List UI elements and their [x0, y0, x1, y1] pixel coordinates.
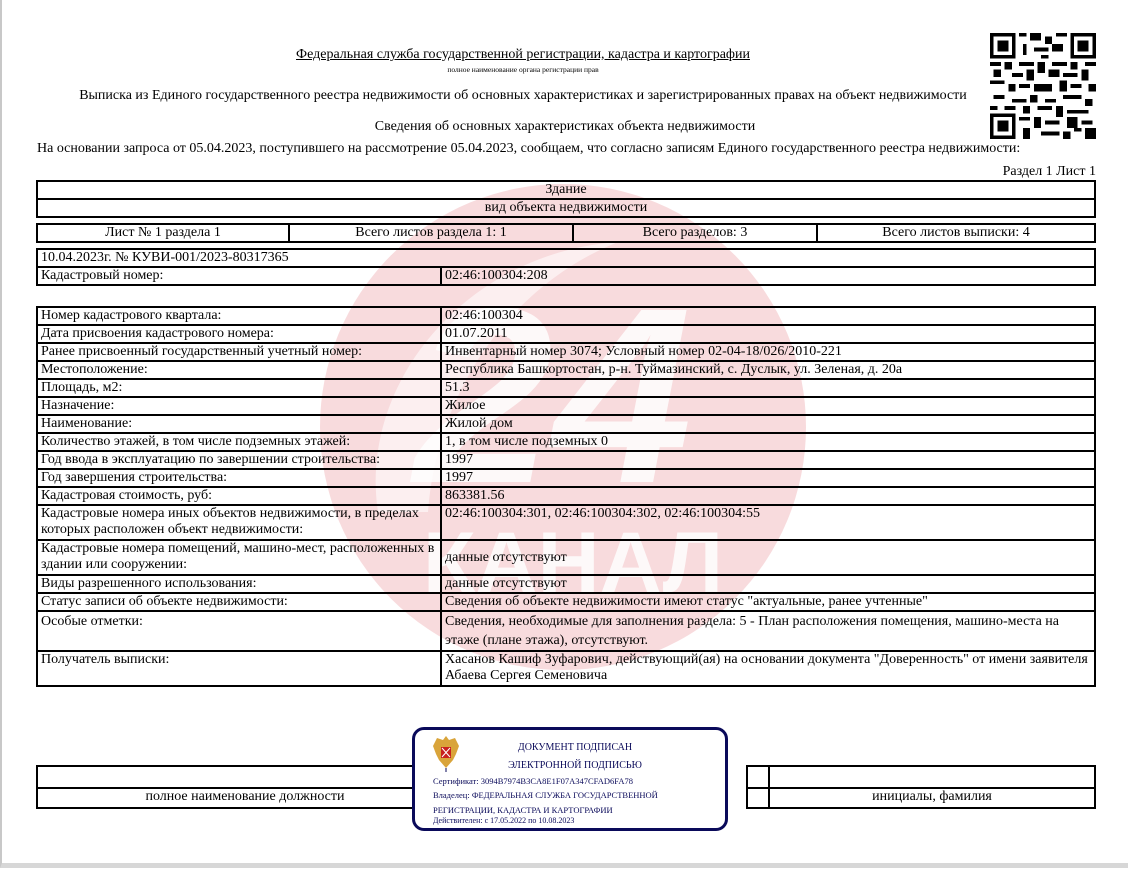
row-label: Получатель выписки:	[37, 651, 441, 686]
record-table: 10.04.2023г. № КУВИ-001/2023-80317365 Ка…	[36, 248, 1096, 286]
record-number: 10.04.2023г. № КУВИ-001/2023-80317365	[37, 249, 1095, 267]
object-type: Здание	[37, 181, 1095, 199]
table-row: Дата присвоения кадастрового номера:01.0…	[37, 325, 1095, 343]
row-label: Площадь, м2:	[37, 379, 441, 397]
row-label: Особые отметки:	[37, 611, 441, 651]
table-row: Особые отметки:Сведения, необходимые для…	[37, 611, 1095, 651]
row-label: Виды разрешенного использования:	[37, 575, 441, 593]
extract-sheets-total: Всего листов выписки: 4	[817, 224, 1095, 242]
org-caption: полное наименование органа регистрации п…	[0, 65, 1046, 74]
row-value: 1997	[441, 469, 1095, 487]
sections-total: Всего разделов: 3	[573, 224, 817, 242]
row-label: Кадастровая стоимость, руб:	[37, 487, 441, 505]
row-value: 863381.56	[441, 487, 1095, 505]
section-sheets-total: Всего листов раздела 1: 1	[289, 224, 573, 242]
row-value: 51.3	[441, 379, 1095, 397]
row-value: 1, в том числе подземных 0	[441, 433, 1095, 451]
row-label: Местоположение:	[37, 361, 441, 379]
row-label: Дата присвоения кадастрового номера:	[37, 325, 441, 343]
row-label: Кадастровые номера помещений, машино-мес…	[37, 540, 441, 575]
row-value: Инвентарный номер 3074; Условный номер 0…	[441, 343, 1095, 361]
table-row: Год завершения строительства:1997	[37, 469, 1095, 487]
row-value: 02:46:100304	[441, 307, 1095, 325]
name-field	[769, 766, 1095, 788]
table-row: Год ввода в эксплуатацию по завершении с…	[37, 451, 1095, 469]
doc-subtitle: Сведения об основных характеристиках объ…	[0, 119, 1130, 135]
row-value: Хасанов Кашиф Зуфарович, действующий(ая)…	[441, 651, 1095, 686]
row-label: Статус записи об объекте недвижимости:	[37, 593, 441, 611]
table-row: Местоположение:Республика Башкортостан, …	[37, 361, 1095, 379]
row-value: Сведения об объекте недвижимости имеют с…	[441, 593, 1095, 611]
section-label: Раздел 1 Лист 1	[1003, 164, 1096, 180]
org-name: Федеральная служба государственной регис…	[0, 47, 1046, 63]
row-label: Номер кадастрового квартала:	[37, 307, 441, 325]
row-value: 01.07.2011	[441, 325, 1095, 343]
row-value: 1997	[441, 451, 1095, 469]
row-value: данные отсутствуют	[441, 575, 1095, 593]
name-caption: инициалы, фамилия	[769, 788, 1095, 808]
row-label: Количество этажей, в том числе подземных…	[37, 433, 441, 451]
table-row: Кадастровые номера иных объектов недвижи…	[37, 505, 1095, 540]
row-value: Сведения, необходимые для заполнения раз…	[441, 611, 1095, 651]
row-value: Республика Башкортостан, р-н. Туймазинск…	[441, 361, 1095, 379]
cadastral-number-label: Кадастровый номер:	[37, 267, 441, 285]
stamp-certificate: Сертификат: 3094B7974B3CA8E1F07A347CFAD6…	[433, 776, 633, 786]
sheet-number: Лист № 1 раздела 1	[37, 224, 289, 242]
table-row: Кадастровая стоимость, руб:863381.56	[37, 487, 1095, 505]
position-caption: полное наименование должности	[37, 788, 453, 808]
row-label: Ранее присвоенный государственный учетны…	[37, 343, 441, 361]
row-value: Жилой дом	[441, 415, 1095, 433]
table-row: Номер кадастрового квартала:02:46:100304	[37, 307, 1095, 325]
row-label: Год завершения строительства:	[37, 469, 441, 487]
doc-title: Выписка из Единого государственного реес…	[0, 88, 1046, 104]
stamp-owner-cont: РЕГИСТРАЦИИ, КАДАСТРА И КАРТОГРАФИИ	[433, 805, 613, 815]
table-row: Виды разрешенного использования:данные о…	[37, 575, 1095, 593]
cadastral-number-value: 02:46:100304:208	[441, 267, 1095, 285]
row-value: Жилое	[441, 397, 1095, 415]
stamp-line-2: ЭЛЕКТРОННОЙ ПОДПИСЬЮ	[475, 760, 675, 771]
stamp-line-1: ДОКУМЕНТ ПОДПИСАН	[475, 742, 675, 753]
table-row: Площадь, м2:51.3	[37, 379, 1095, 397]
intro-text: На основании запроса от 05.04.2023, пост…	[37, 141, 1020, 157]
coat-of-arms-icon	[431, 734, 461, 772]
sheets-table: Лист № 1 раздела 1 Всего листов раздела …	[36, 223, 1096, 243]
position-field	[37, 766, 453, 788]
row-label: Назначение:	[37, 397, 441, 415]
table-row: Статус записи об объекте недвижимости:Св…	[37, 593, 1095, 611]
row-value: данные отсутствуют	[441, 540, 1095, 575]
table-row: Наименование:Жилой дом	[37, 415, 1095, 433]
row-label: Год ввода в эксплуатацию по завершении с…	[37, 451, 441, 469]
row-value: 02:46:100304:301, 02:46:100304:302, 02:4…	[441, 505, 1095, 540]
characteristics-table: Номер кадастрового квартала:02:46:100304…	[36, 306, 1096, 687]
stamp-owner: Владелец: ФЕДЕРАЛЬНАЯ СЛУЖБА ГОСУДАРСТВЕ…	[433, 790, 658, 800]
object-type-table: Здание вид объекта недвижимости	[36, 180, 1096, 218]
row-label: Кадастровые номера иных объектов недвижи…	[37, 505, 441, 540]
table-row: Назначение:Жилое	[37, 397, 1095, 415]
table-row: Кадастровые номера помещений, машино-мес…	[37, 540, 1095, 575]
table-row: Получатель выписки:Хасанов Кашиф Зуфаров…	[37, 651, 1095, 686]
table-row: Ранее присвоенный государственный учетны…	[37, 343, 1095, 361]
object-type-caption: вид объекта недвижимости	[37, 199, 1095, 217]
table-row: Количество этажей, в том числе подземных…	[37, 433, 1095, 451]
e-signature-stamp: ДОКУМЕНТ ПОДПИСАН ЭЛЕКТРОННОЙ ПОДПИСЬЮ С…	[412, 727, 728, 831]
qr-code-icon	[990, 33, 1096, 139]
row-label: Наименование:	[37, 415, 441, 433]
stamp-validity: Действителен: с 17.05.2022 по 10.08.2023	[433, 816, 574, 825]
